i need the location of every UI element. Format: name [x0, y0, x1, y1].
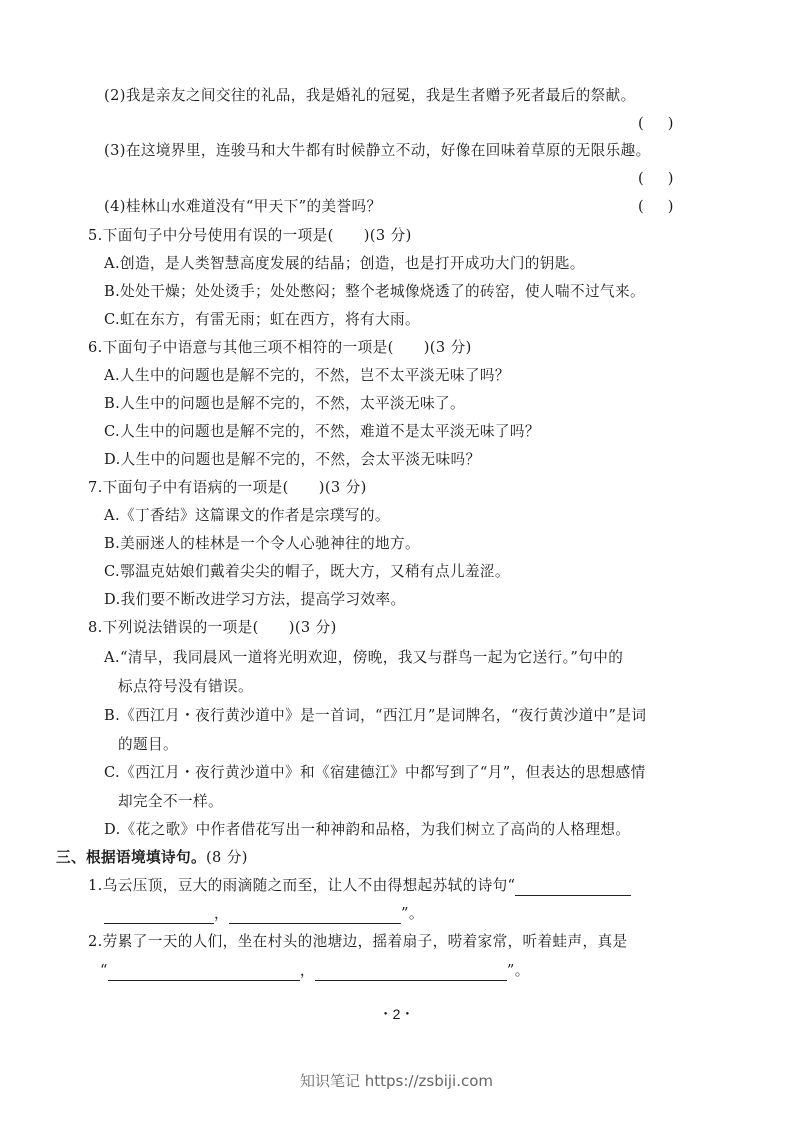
q6-option-b[interactable]: B.人生中的问题也是解不完的，不然，太平淡无味了。 [104, 394, 465, 414]
item-2-text: (2)我是亲友之间交往的礼品，我是婚礼的冠冕，我是生者赠予死者最后的祭献。 [104, 86, 636, 106]
q6-stem: 6.下面句子中语意与其他三项不相符的一项是( )(3 分) [88, 338, 472, 358]
q5-option-b[interactable]: B.处处干燥；处处烫手；处处憋闷；整个老城像烧透了的砖窑，使人喘不过气来。 [104, 282, 645, 302]
q7-option-c[interactable]: C.鄂温克姑娘们戴着尖尖的帽子，既大方，又稍有点儿羞涩。 [104, 562, 510, 582]
part3-q1: 1.乌云压顶，豆大的雨滴随之而至，让人不由得想起苏轼的诗句“ [88, 876, 631, 896]
q5-option-a[interactable]: A.创造，是人类智慧高度发展的结晶；创造，也是打开成功大门的钥匙。 [104, 254, 585, 274]
part3-q2-open-quote: “ [100, 962, 108, 979]
item-2-answer-blank[interactable]: () [638, 114, 673, 134]
part3-q2-blank-1[interactable] [108, 964, 300, 981]
q5-stem: 5.下面句子中分号使用有误的一项是( )(3 分) [88, 226, 412, 246]
item-4-text: (4)桂林山水难道没有“甲天下”的美誉吗？ [104, 197, 382, 217]
part3-q1-end: ”。 [401, 905, 424, 922]
watermark: 知识笔记 https://zsbiji.com [0, 1070, 793, 1091]
q8-stem: 8.下列说法错误的一项是( )(3 分) [88, 618, 337, 638]
q7-option-b[interactable]: B.美丽迷人的桂林是一个令人心驰神往的地方。 [104, 534, 420, 554]
q5-option-c[interactable]: C.虹在东方，有雷无雨；虹在西方，将有大雨。 [104, 310, 420, 330]
q8-option-c-cont: 却完全不一样。 [118, 792, 223, 812]
part3-q1-comma: ， [214, 905, 229, 922]
q7-stem: 7.下面句子中有语病的一项是( )(3 分) [88, 478, 367, 498]
q8-option-c[interactable]: C.《西江月・夜行黄沙道中》和《宿建德江》中都写到了“月”，但表达的思想感情 [104, 763, 646, 783]
part3-q1-blank-1[interactable] [515, 879, 631, 896]
part3-q2-blank-2[interactable] [315, 964, 507, 981]
part3-q1-blank-3[interactable] [229, 907, 401, 924]
part3-q2-comma: ， [300, 962, 315, 979]
part3-q2-end: ”。 [507, 962, 530, 979]
part3-q1-cont: ，”。 [104, 904, 424, 924]
item-3-answer-blank[interactable]: () [638, 169, 673, 189]
item-3-text: (3)在这境界里，连骏马和大牛都有时候静立不动，好像在回味着草原的无限乐趣。 [104, 141, 651, 161]
part3-q1-blank-2[interactable] [104, 907, 214, 924]
q8-option-a[interactable]: A.“清早，我同晨风一道将光明欢迎，傍晚，我又与群鸟一起为它送行。”句中的 [104, 648, 623, 668]
q7-option-a[interactable]: A.《丁香结》这篇课文的作者是宗璞写的。 [104, 506, 390, 526]
part3-score: (8 分) [206, 849, 248, 866]
q7-option-d[interactable]: D.我们要不断改进学习方法，提高学习效率。 [104, 590, 406, 610]
part3-title-text: 三、根据语境填诗句。 [56, 849, 206, 866]
part3-q2-text: 2.劳累了一天的人们，坐在村头的池塘边，摇着扇子，唠着家常，听着蛙声，真是 [88, 932, 628, 952]
q6-option-c[interactable]: C.人生中的问题也是解不完的，不然，难道不是太平淡无味了吗？ [104, 422, 540, 442]
part3-title: 三、根据语境填诗句。(8 分) [56, 848, 248, 868]
part3-q2-cont: “，”。 [100, 961, 530, 981]
q6-option-a[interactable]: A.人生中的问题也是解不完的，不然，岂不太平淡无味了吗？ [104, 366, 510, 386]
q8-option-d[interactable]: D.《花之歌》中作者借花写出一种神韵和品格，为我们树立了高尚的人格理想。 [104, 820, 630, 840]
q6-option-d[interactable]: D.人生中的问题也是解不完的，不然，会太平淡无味吗？ [104, 450, 480, 470]
q8-option-b-cont: 的题目。 [118, 735, 178, 755]
item-4-answer-blank[interactable]: () [638, 197, 673, 217]
page-number: ・2・ [0, 1004, 793, 1024]
q8-option-b[interactable]: B.《西江月・夜行黄沙道中》是一首词，“西江月”是词牌名，“夜行黄沙道中”是词 [104, 706, 646, 726]
q8-option-a-cont: 标点符号没有错误。 [118, 677, 253, 697]
part3-q1-text: 1.乌云压顶，豆大的雨滴随之而至，让人不由得想起苏轼的诗句“ [88, 877, 515, 894]
